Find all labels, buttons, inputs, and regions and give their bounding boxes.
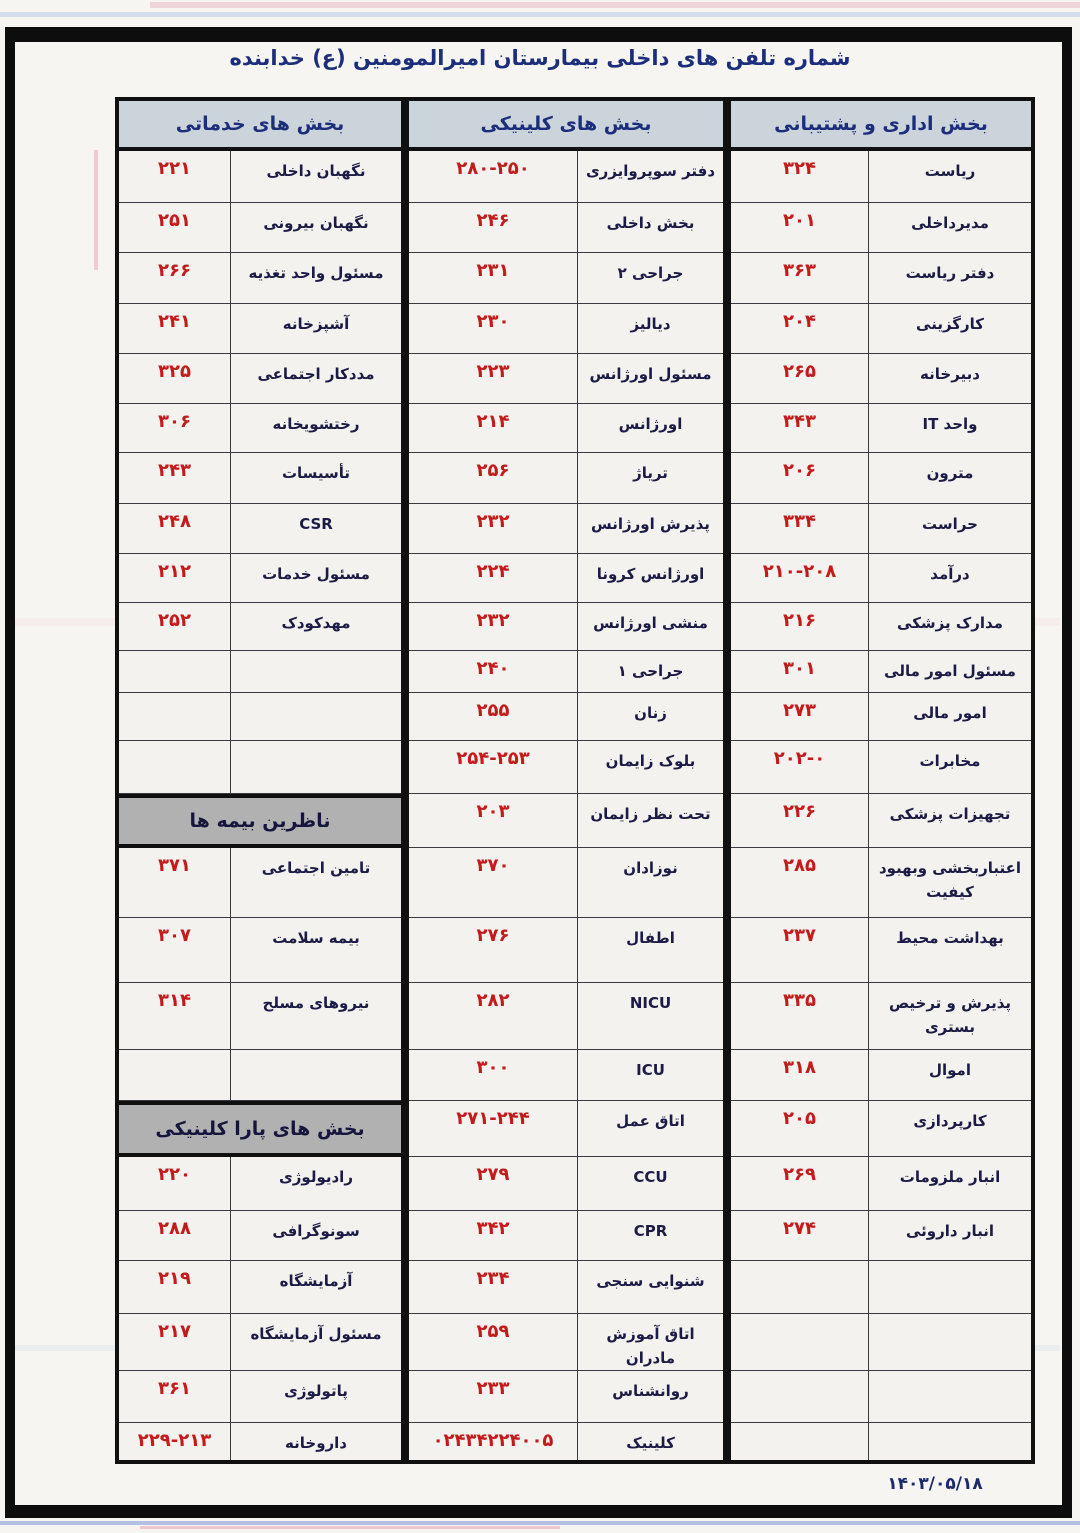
- department-name-cell: [230, 651, 401, 692]
- department-name-cell: زنان: [577, 693, 723, 740]
- table-row: رادیولوژی۲۲۰: [119, 1157, 401, 1211]
- department-name-cell: تامین اجتماعی: [230, 848, 401, 917]
- table-row: انبار داروئی۲۷۴: [731, 1211, 1031, 1261]
- extension-number-cell: ۲۶۹: [731, 1157, 868, 1210]
- extension-number-cell: ۲۳۲: [409, 603, 577, 650]
- table-row: CCU۲۷۹: [409, 1157, 723, 1211]
- extension-number-cell: ۲۱۹: [119, 1261, 230, 1313]
- extension-number-cell: ۳۳۴: [731, 504, 868, 553]
- extension-number-cell: ۲۴۶: [409, 203, 577, 252]
- table-row: زنان۲۵۵: [409, 693, 723, 741]
- extension-number-cell: ۲۴۸: [119, 504, 230, 553]
- table-row: دفتر ریاست۳۶۳: [731, 253, 1031, 304]
- department-name-cell: منشی اورژانس: [577, 603, 723, 650]
- table-row: دبیرخانه۲۶۵: [731, 354, 1031, 404]
- extension-number-cell: ۲۲۳: [409, 354, 577, 403]
- scan-artifact: [150, 2, 1080, 8]
- extension-number-cell: ۲۷۶: [409, 918, 577, 982]
- department-name-cell: اتاق آموزش مادران (واکسیناسیون): [577, 1314, 723, 1370]
- extension-number-cell: ۲۳۱: [409, 253, 577, 303]
- table-row: تامین اجتماعی۳۷۱: [119, 848, 401, 918]
- extension-number-cell: ۲۰۳: [409, 794, 577, 847]
- department-name-cell: تجهیزات پزشکی: [868, 794, 1031, 847]
- table-row: مسئول امور مالی۳۰۱: [731, 651, 1031, 693]
- department-name-cell: پذیرش و ترخیص بستری: [868, 983, 1031, 1049]
- table-row: بیمه سلامت۳۰۷: [119, 918, 401, 983]
- extension-number-cell: ۲۷۴: [731, 1211, 868, 1260]
- department-name-cell: کلینیک: [577, 1423, 723, 1460]
- department-name-cell: تریاژ: [577, 453, 723, 503]
- extension-number-cell: ۳۴۳: [731, 404, 868, 452]
- extension-number-cell: ۲۰۵: [731, 1101, 868, 1156]
- table-row: ICU۳۰۰: [409, 1050, 723, 1101]
- table-row: دفتر سوپروایزری۲۸۰-۲۵۰: [409, 151, 723, 203]
- extension-number-cell: [119, 693, 230, 740]
- table-row: [119, 693, 401, 741]
- extension-number-cell: ۳۰۷: [119, 918, 230, 982]
- department-name-cell: بیمه سلامت: [230, 918, 401, 982]
- extension-number-cell: ۲۱۲: [119, 554, 230, 602]
- department-name-cell: پاتولوژی: [230, 1371, 401, 1422]
- department-name-cell: [868, 1314, 1031, 1370]
- department-name-cell: تحت نظر زایمان: [577, 794, 723, 847]
- extension-number-cell: ۳۰۱: [731, 651, 868, 692]
- extension-number-cell: ۲۶۵: [731, 354, 868, 403]
- table-row: واحد IT۳۴۳: [731, 404, 1031, 453]
- department-name-cell: مسئول آزمایشگاه: [230, 1314, 401, 1370]
- department-name-cell: امور مالی: [868, 693, 1031, 740]
- extension-number-cell: ۲۲۴: [409, 554, 577, 602]
- department-name-cell: نوزادان: [577, 848, 723, 917]
- department-name-cell: انبار داروئی: [868, 1211, 1031, 1260]
- table-row: تحت نظر زایمان۲۰۳: [409, 794, 723, 848]
- table-row: درآمد۲۱۰-۲۰۸: [731, 554, 1031, 603]
- table-row: NICU۲۸۲: [409, 983, 723, 1050]
- extension-number-cell: ۳۱۴: [119, 983, 230, 1049]
- department-name-cell: [868, 1423, 1031, 1460]
- table-row: اعتباربخشی وبهبود کیفیت۲۸۵: [731, 848, 1031, 918]
- extension-number-cell: ۲۵۹: [409, 1314, 577, 1370]
- table-row: نیروهای مسلح۳۱۴: [119, 983, 401, 1050]
- department-name-cell: آشپزخانه: [230, 304, 401, 353]
- department-name-cell: اموال: [868, 1050, 1031, 1100]
- table-row: مدارک پزشکی۲۱۶: [731, 603, 1031, 651]
- extension-number-cell: ۲۴۳: [119, 453, 230, 503]
- extension-number-cell: ۲۱۷: [119, 1314, 230, 1370]
- department-name-cell: [868, 1261, 1031, 1313]
- table-row: اورژانس۲۱۴: [409, 404, 723, 453]
- table-row: نگهبان داخلی۲۲۱: [119, 151, 401, 203]
- department-name-cell: انبار ملزومات: [868, 1157, 1031, 1210]
- table-row: پاتولوژی۳۶۱: [119, 1371, 401, 1423]
- extension-number-cell: ۲۶۶: [119, 253, 230, 303]
- department-name-cell: پذیرش اورژانس: [577, 504, 723, 553]
- department-name-cell: CCU: [577, 1157, 723, 1210]
- department-name-cell: حراست: [868, 504, 1031, 553]
- table-row: جراحی ۱۲۴۰: [409, 651, 723, 693]
- extension-number-cell: ۲۵۶: [409, 453, 577, 503]
- department-name-cell: روانشناس: [577, 1371, 723, 1422]
- table-row: نوزادان۳۷۰: [409, 848, 723, 918]
- scanned-page: { "page": { "title": "شماره تلفن های داخ…: [0, 0, 1080, 1533]
- group-header: بخش های خدماتی: [119, 101, 401, 151]
- table-row: مدیرداخلی۲۰۱: [731, 203, 1031, 253]
- table-row: پذیرش و ترخیص بستری۳۳۵: [731, 983, 1031, 1050]
- extension-number-cell: ۲۸۲: [409, 983, 577, 1049]
- department-name-cell: نگهبان بیرونی: [230, 203, 401, 252]
- table-row: تجهیزات پزشکی۲۲۶: [731, 794, 1031, 848]
- scan-artifact: [0, 12, 1080, 17]
- extension-number-cell: ۳۰۰: [409, 1050, 577, 1100]
- extension-number-cell: ۲۲۱: [119, 151, 230, 202]
- extension-number-cell: ۲۷۳: [731, 693, 868, 740]
- table-row: CPR۳۴۲: [409, 1211, 723, 1261]
- department-name-cell: نیروهای مسلح: [230, 983, 401, 1049]
- department-name-cell: بهداشت محیط: [868, 918, 1031, 982]
- extension-number-cell: ۲۳۲: [409, 504, 577, 553]
- extension-number-cell: ۲۸۰-۲۵۰: [409, 151, 577, 202]
- extension-number-cell: ۳۷۰: [409, 848, 577, 917]
- table-row: تریاژ۲۵۶: [409, 453, 723, 504]
- department-name-cell: کارگزینی: [868, 304, 1031, 353]
- table-row: [731, 1261, 1031, 1314]
- department-name-cell: مددکار اجتماعی: [230, 354, 401, 403]
- extension-number-cell: ۲۱۴: [409, 404, 577, 452]
- extension-number-cell: ۲۵۱: [119, 203, 230, 252]
- department-name-cell: NICU: [577, 983, 723, 1049]
- department-name-cell: نگهبان داخلی: [230, 151, 401, 202]
- scan-artifact: [0, 1521, 1080, 1525]
- department-name-cell: کارپردازی: [868, 1101, 1031, 1156]
- table-row: انبار ملزومات۲۶۹: [731, 1157, 1031, 1211]
- table-row: داروخانه۲۲۹-۲۱۳: [119, 1423, 401, 1460]
- scan-artifact: [94, 150, 98, 270]
- extension-number-cell: [119, 1050, 230, 1100]
- department-name-cell: سونوگرافی: [230, 1211, 401, 1260]
- department-name-cell: مترون: [868, 453, 1031, 503]
- department-name-cell: [868, 1371, 1031, 1422]
- table-row: بهداشت محیط۲۳۷: [731, 918, 1031, 983]
- document-date: ۱۴۰۳/۰۵/۱۸: [880, 1474, 990, 1494]
- table-row: کلینیک۰۲۴۳۴۲۲۴۰۰۵: [409, 1423, 723, 1460]
- table-row: اطفال۲۷۶: [409, 918, 723, 983]
- table-row: مسئول آزمایشگاه۲۱۷: [119, 1314, 401, 1371]
- table-row: آزمایشگاه۲۱۹: [119, 1261, 401, 1314]
- extension-number-cell: ۲۰۲-۰: [731, 741, 868, 793]
- department-name-cell: دیالیز: [577, 304, 723, 353]
- department-name-cell: دبیرخانه: [868, 354, 1031, 403]
- department-name-cell: داروخانه: [230, 1423, 401, 1460]
- extension-number-cell: ۲۸۸: [119, 1211, 230, 1260]
- subheader-row: بخش های پارا کلینیکی: [119, 1101, 401, 1157]
- department-name-cell: تأسیسات: [230, 453, 401, 503]
- department-name-cell: مسئول واحد تغذیه: [230, 253, 401, 303]
- table-row: نگهبان بیرونی۲۵۱: [119, 203, 401, 253]
- extension-number-cell: ۲۳۴: [409, 1261, 577, 1313]
- department-name-cell: [230, 741, 401, 793]
- extension-number-cell: ۲۲۰: [119, 1157, 230, 1210]
- table-row: [119, 651, 401, 693]
- extension-number-cell: ۲۳۷: [731, 918, 868, 982]
- table-row: اتاق عمل۲۷۱-۲۴۴: [409, 1101, 723, 1157]
- department-name-cell: درآمد: [868, 554, 1031, 602]
- department-name-cell: دفتر سوپروایزری: [577, 151, 723, 202]
- table-row: مخابرات۲۰۲-۰: [731, 741, 1031, 794]
- extension-number-cell: ۳۴۲: [409, 1211, 577, 1260]
- department-name-cell: مسئول اورژانس: [577, 354, 723, 403]
- department-name-cell: مهدکودک: [230, 603, 401, 650]
- department-name-cell: CSR: [230, 504, 401, 553]
- table-row: [731, 1423, 1031, 1460]
- table-row: کارگزینی۲۰۴: [731, 304, 1031, 354]
- department-name-cell: ICU: [577, 1050, 723, 1100]
- department-name-cell: رختشویخانه: [230, 404, 401, 452]
- department-name-cell: [230, 693, 401, 740]
- table-row: [119, 741, 401, 794]
- column-group-services: بخش های خدماتینگهبان داخلی۲۲۱نگهبان بیرو…: [115, 97, 405, 1464]
- department-name-cell: اورژانس کرونا: [577, 554, 723, 602]
- table-row: جراحی ۲۲۳۱: [409, 253, 723, 304]
- extension-number-cell: [119, 651, 230, 692]
- table-row: بخش داخلی۲۴۶: [409, 203, 723, 253]
- table-row: روانشناس۲۳۳: [409, 1371, 723, 1423]
- department-name-cell: جراحی ۲: [577, 253, 723, 303]
- extension-number-cell: ۳۱۸: [731, 1050, 868, 1100]
- department-name-cell: مسئول امور مالی: [868, 651, 1031, 692]
- subheader-row: ناظرین بیمه ها: [119, 794, 401, 848]
- extension-number-cell: ۲۰۱: [731, 203, 868, 252]
- extension-number-cell: ۲۱۶: [731, 603, 868, 650]
- department-name-cell: مدیرداخلی: [868, 203, 1031, 252]
- extension-number-cell: ۰۲۴۳۴۲۲۴۰۰۵: [409, 1423, 577, 1460]
- table-row: رختشویخانه۳۰۶: [119, 404, 401, 453]
- extension-number-cell: ۲۵۴-۲۵۳: [409, 741, 577, 793]
- extension-number-cell: ۳۶۳: [731, 253, 868, 303]
- department-name-cell: ریاست: [868, 151, 1031, 202]
- extension-number-cell: ۳۳۵: [731, 983, 868, 1049]
- table-row: سونوگرافی۲۸۸: [119, 1211, 401, 1261]
- department-name-cell: واحد IT: [868, 404, 1031, 452]
- department-name-cell: مخابرات: [868, 741, 1031, 793]
- department-name-cell: دفتر ریاست: [868, 253, 1031, 303]
- table-row: مددکار اجتماعی۳۲۵: [119, 354, 401, 404]
- extension-number-cell: ۲۵۲: [119, 603, 230, 650]
- table-row: پذیرش اورژانس۲۳۲: [409, 504, 723, 554]
- department-name-cell: رادیولوژی: [230, 1157, 401, 1210]
- column-group-clinical: بخش های کلینیکیدفتر سوپروایزری۲۸۰-۲۵۰بخش…: [405, 97, 727, 1464]
- extension-number-cell: ۲۳۳: [409, 1371, 577, 1422]
- extension-number-cell: ۲۲۹-۲۱۳: [119, 1423, 230, 1460]
- extension-number-cell: ۳۲۴: [731, 151, 868, 202]
- group-header: بخش های کلینیکی: [409, 101, 723, 151]
- extension-number-cell: ۲۰۴: [731, 304, 868, 353]
- department-name-cell: مسئول خدمات: [230, 554, 401, 602]
- department-name-cell: آزمایشگاه: [230, 1261, 401, 1313]
- extension-number-cell: ۲۴۰: [409, 651, 577, 692]
- department-name-cell: [230, 1050, 401, 1100]
- extension-number-cell: ۳۰۶: [119, 404, 230, 452]
- scan-artifact: [140, 1526, 560, 1529]
- column-group-admin: بخش اداری و پشتیبانیریاست۳۲۴مدیرداخلی۲۰۱…: [727, 97, 1035, 1464]
- department-name-cell: اتاق عمل: [577, 1101, 723, 1156]
- department-name-cell: جراحی ۱: [577, 651, 723, 692]
- table-row: مهدکودک۲۵۲: [119, 603, 401, 651]
- table-row: امور مالی۲۷۳: [731, 693, 1031, 741]
- table-row: دیالیز۲۳۰: [409, 304, 723, 354]
- extension-number-cell: [731, 1423, 868, 1460]
- table-row: مسئول اورژانس۲۲۳: [409, 354, 723, 404]
- table-row: اتاق آموزش مادران (واکسیناسیون)۲۵۹: [409, 1314, 723, 1371]
- extension-number-cell: [731, 1371, 868, 1422]
- table-row: شنوایی سنجی۲۳۴: [409, 1261, 723, 1314]
- department-name-cell: اورژانس: [577, 404, 723, 452]
- table-row: مترون۲۰۶: [731, 453, 1031, 504]
- extension-number-cell: ۲۸۵: [731, 848, 868, 917]
- extension-number-cell: ۲۳۰: [409, 304, 577, 353]
- table-row: اموال۳۱۸: [731, 1050, 1031, 1101]
- table-row: مسئول خدمات۲۱۲: [119, 554, 401, 603]
- extension-number-cell: ۲۵۵: [409, 693, 577, 740]
- department-name-cell: شنوایی سنجی: [577, 1261, 723, 1313]
- department-name-cell: بخش داخلی: [577, 203, 723, 252]
- extension-number-cell: ۲۴۱: [119, 304, 230, 353]
- table-row: اورژانس کرونا۲۲۴: [409, 554, 723, 603]
- extension-number-cell: ۲۰۶: [731, 453, 868, 503]
- table-row: مسئول واحد تغذیه۲۶۶: [119, 253, 401, 304]
- table-row: آشپزخانه۲۴۱: [119, 304, 401, 354]
- table-row: بلوک زایمان۲۵۴-۲۵۳: [409, 741, 723, 794]
- department-name-cell: مدارک پزشکی: [868, 603, 1031, 650]
- extension-number-cell: [119, 741, 230, 793]
- group-header: بخش اداری و پشتیبانی: [731, 101, 1031, 151]
- table-row: تأسیسات۲۴۳: [119, 453, 401, 504]
- extension-number-cell: ۳۷۱: [119, 848, 230, 917]
- extension-number-cell: [731, 1261, 868, 1313]
- extension-number-cell: ۲۱۰-۲۰۸: [731, 554, 868, 602]
- extension-number-cell: ۳۲۵: [119, 354, 230, 403]
- table-row: منشی اورژانس۲۳۲: [409, 603, 723, 651]
- extension-number-cell: ۲۲۶: [731, 794, 868, 847]
- extension-number-cell: ۲۷۹: [409, 1157, 577, 1210]
- extension-number-cell: ۲۷۱-۲۴۴: [409, 1101, 577, 1156]
- table-row: حراست۳۳۴: [731, 504, 1031, 554]
- table-row: کارپردازی۲۰۵: [731, 1101, 1031, 1157]
- extension-number-cell: [731, 1314, 868, 1370]
- department-name-cell: اعتباربخشی وبهبود کیفیت: [868, 848, 1031, 917]
- department-name-cell: بلوک زایمان: [577, 741, 723, 793]
- department-name-cell: اطفال: [577, 918, 723, 982]
- phone-directory-table: بخش اداری و پشتیبانیریاست۳۲۴مدیرداخلی۲۰۱…: [115, 97, 1035, 1464]
- document-title: شماره تلفن های داخلی بیمارستان امیرالموم…: [30, 46, 1050, 70]
- table-row: [731, 1314, 1031, 1371]
- table-row: [731, 1371, 1031, 1423]
- table-row: [119, 1050, 401, 1101]
- table-row: ریاست۳۲۴: [731, 151, 1031, 203]
- extension-number-cell: ۳۶۱: [119, 1371, 230, 1422]
- table-row: CSR۲۴۸: [119, 504, 401, 554]
- department-name-cell: CPR: [577, 1211, 723, 1260]
